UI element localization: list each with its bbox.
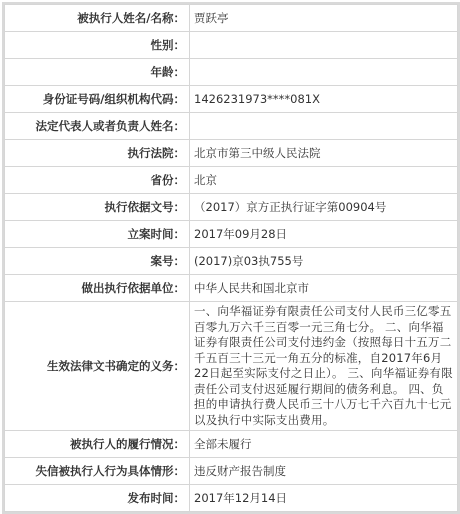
label-dishonest-behavior: 失信被执行人行为具体情形： — [5, 458, 190, 485]
record-table-container: 被执行人姓名/名称： 贾跃亭 性别： 年龄： 身份证号码/组织机构代码： 142… — [2, 2, 460, 500]
row-performance-status: 被执行人的履行情况： 全部未履行 — [5, 431, 458, 458]
value-case-number: (2017)京03执755号 — [190, 248, 458, 275]
label-name: 被执行人姓名/名称： — [5, 5, 190, 32]
value-age — [190, 59, 458, 86]
label-filing-date: 立案时间： — [5, 221, 190, 248]
label-age: 年龄： — [5, 59, 190, 86]
row-dishonest-behavior: 失信被执行人行为具体情形： 违反财产报告制度 — [5, 458, 458, 485]
label-executing-court: 执行法院： — [5, 140, 190, 167]
label-legal-representative: 法定代表人或者负责人姓名： — [5, 113, 190, 140]
row-id-number: 身份证号码/组织机构代码： 1426231973****081X — [5, 86, 458, 113]
row-age: 年龄： — [5, 59, 458, 86]
value-performance-status: 全部未履行 — [190, 431, 458, 458]
value-dishonest-behavior: 违反财产报告制度 — [190, 458, 458, 485]
value-obligations: 一、向华福证券有限责任公司支付人民币三亿零五百零九万六千三百零一元三角七分。 二… — [190, 302, 458, 431]
label-performance-status: 被执行人的履行情况： — [5, 431, 190, 458]
value-legal-representative — [190, 113, 458, 140]
label-id-number: 身份证号码/组织机构代码： — [5, 86, 190, 113]
label-publish-date: 发布时间： — [5, 485, 190, 501]
row-legal-representative: 法定代表人或者负责人姓名： — [5, 113, 458, 140]
row-case-number: 案号： (2017)京03执755号 — [5, 248, 458, 275]
label-obligations: 生效法律文书确定的义务： — [5, 302, 190, 431]
dishonest-debtor-record-table: 被执行人姓名/名称： 贾跃亭 性别： 年龄： 身份证号码/组织机构代码： 142… — [4, 4, 458, 500]
value-name: 贾跃亭 — [190, 5, 458, 32]
value-executing-court: 北京市第三中级人民法院 — [190, 140, 458, 167]
label-province: 省份： — [5, 167, 190, 194]
value-basis-doc-number: （2017）京方正执行证字第00904号 — [190, 194, 458, 221]
row-province: 省份： 北京 — [5, 167, 458, 194]
value-gender — [190, 32, 458, 59]
row-basis-doc-number: 执行依据文号： （2017）京方正执行证字第00904号 — [5, 194, 458, 221]
row-publish-date: 发布时间： 2017年12月14日 — [5, 485, 458, 501]
label-case-number: 案号： — [5, 248, 190, 275]
label-basis-issuing-unit: 做出执行依据单位： — [5, 275, 190, 302]
value-id-number: 1426231973****081X — [190, 86, 458, 113]
row-gender: 性别： — [5, 32, 458, 59]
value-province: 北京 — [190, 167, 458, 194]
value-basis-issuing-unit: 中华人民共和国北京市 — [190, 275, 458, 302]
row-executing-court: 执行法院： 北京市第三中级人民法院 — [5, 140, 458, 167]
row-basis-issuing-unit: 做出执行依据单位： 中华人民共和国北京市 — [5, 275, 458, 302]
row-name: 被执行人姓名/名称： 贾跃亭 — [5, 5, 458, 32]
value-filing-date: 2017年09月28日 — [190, 221, 458, 248]
label-gender: 性别： — [5, 32, 190, 59]
row-obligations: 生效法律文书确定的义务： 一、向华福证券有限责任公司支付人民币三亿零五百零九万六… — [5, 302, 458, 431]
value-publish-date: 2017年12月14日 — [190, 485, 458, 501]
row-filing-date: 立案时间： 2017年09月28日 — [5, 221, 458, 248]
label-basis-doc-number: 执行依据文号： — [5, 194, 190, 221]
